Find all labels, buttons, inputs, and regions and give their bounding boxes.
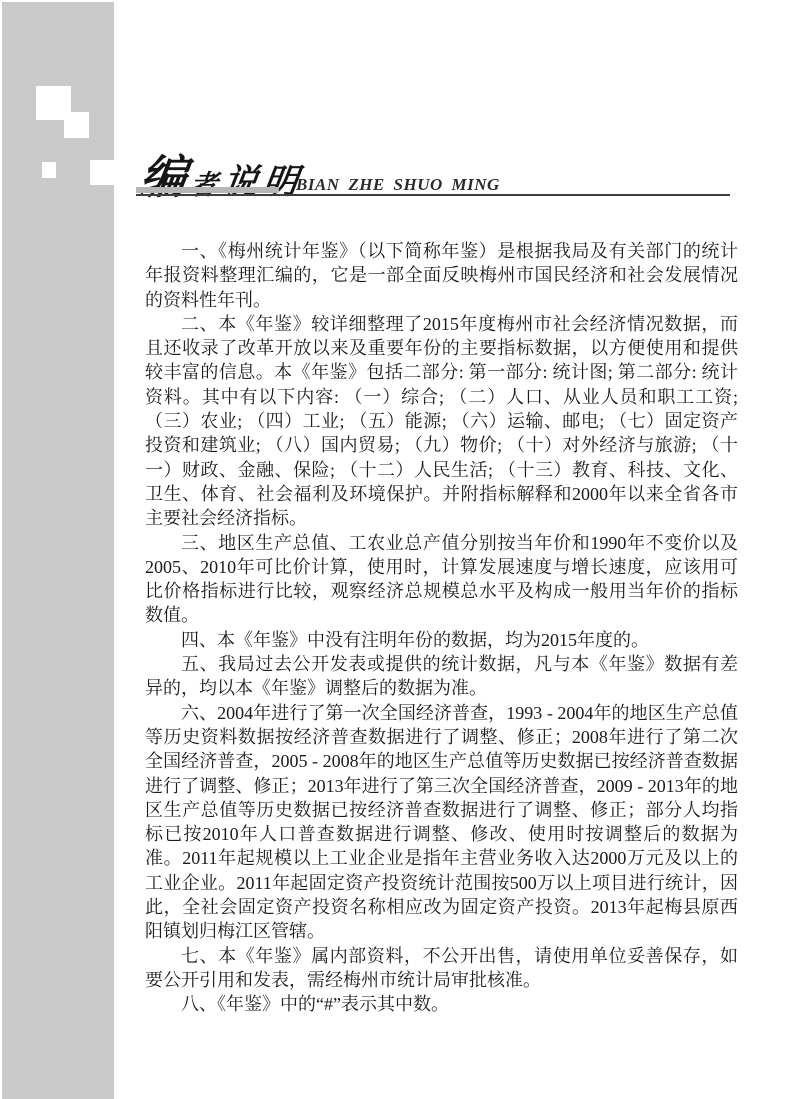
title-underline-bar — [136, 187, 279, 193]
header-rule — [136, 194, 730, 196]
paragraph-2: 二、本《年鉴》较详细整理了2015年度梅州市社会经济情况数据，而且还收录了改革开… — [145, 312, 738, 531]
paragraph-4: 四、本《年鉴》中没有注明年份的数据，均为2015年度的。 — [145, 628, 738, 652]
left-decor-strip — [2, 2, 114, 1099]
title-pinyin: BIAN ZHE SHUO MING — [296, 175, 500, 195]
paragraph-8: 八、《年鉴》中的“#”表示其中数。 — [145, 992, 738, 1016]
decor-square-edge — [90, 160, 115, 185]
paragraph-5: 五、我局过去公开发表或提供的统计数据，凡与本《年鉴》数据有差异的，均以本《年鉴》… — [145, 652, 738, 701]
decor-square-small — [42, 162, 56, 178]
paragraph-3: 三、地区生产总值、工农业总产值分别按当年价和1990年不变价以及2005、201… — [145, 531, 738, 628]
paragraph-7: 七、本《年鉴》属内部资料，不公开出售，请使用单位妥善保存，如要公开引用和发表，需… — [145, 944, 738, 993]
decor-square-medium — [64, 112, 89, 138]
paragraph-6: 六、2004年进行了第一次全国经济普查，1993 - 2004年的地区生产总值等… — [145, 701, 738, 944]
yearbook-editor-notes-page: 编 者 说明 BIAN ZHE SHUO MING 一、《梅州统计年鉴》（以下简… — [0, 0, 793, 1099]
paragraph-1: 一、《梅州统计年鉴》（以下简称年鉴）是根据我局及有关部门的统计年报资料整理汇编的… — [145, 239, 738, 312]
body-text: 一、《梅州统计年鉴》（以下简称年鉴）是根据我局及有关部门的统计年报资料整理汇编的… — [145, 239, 738, 1017]
